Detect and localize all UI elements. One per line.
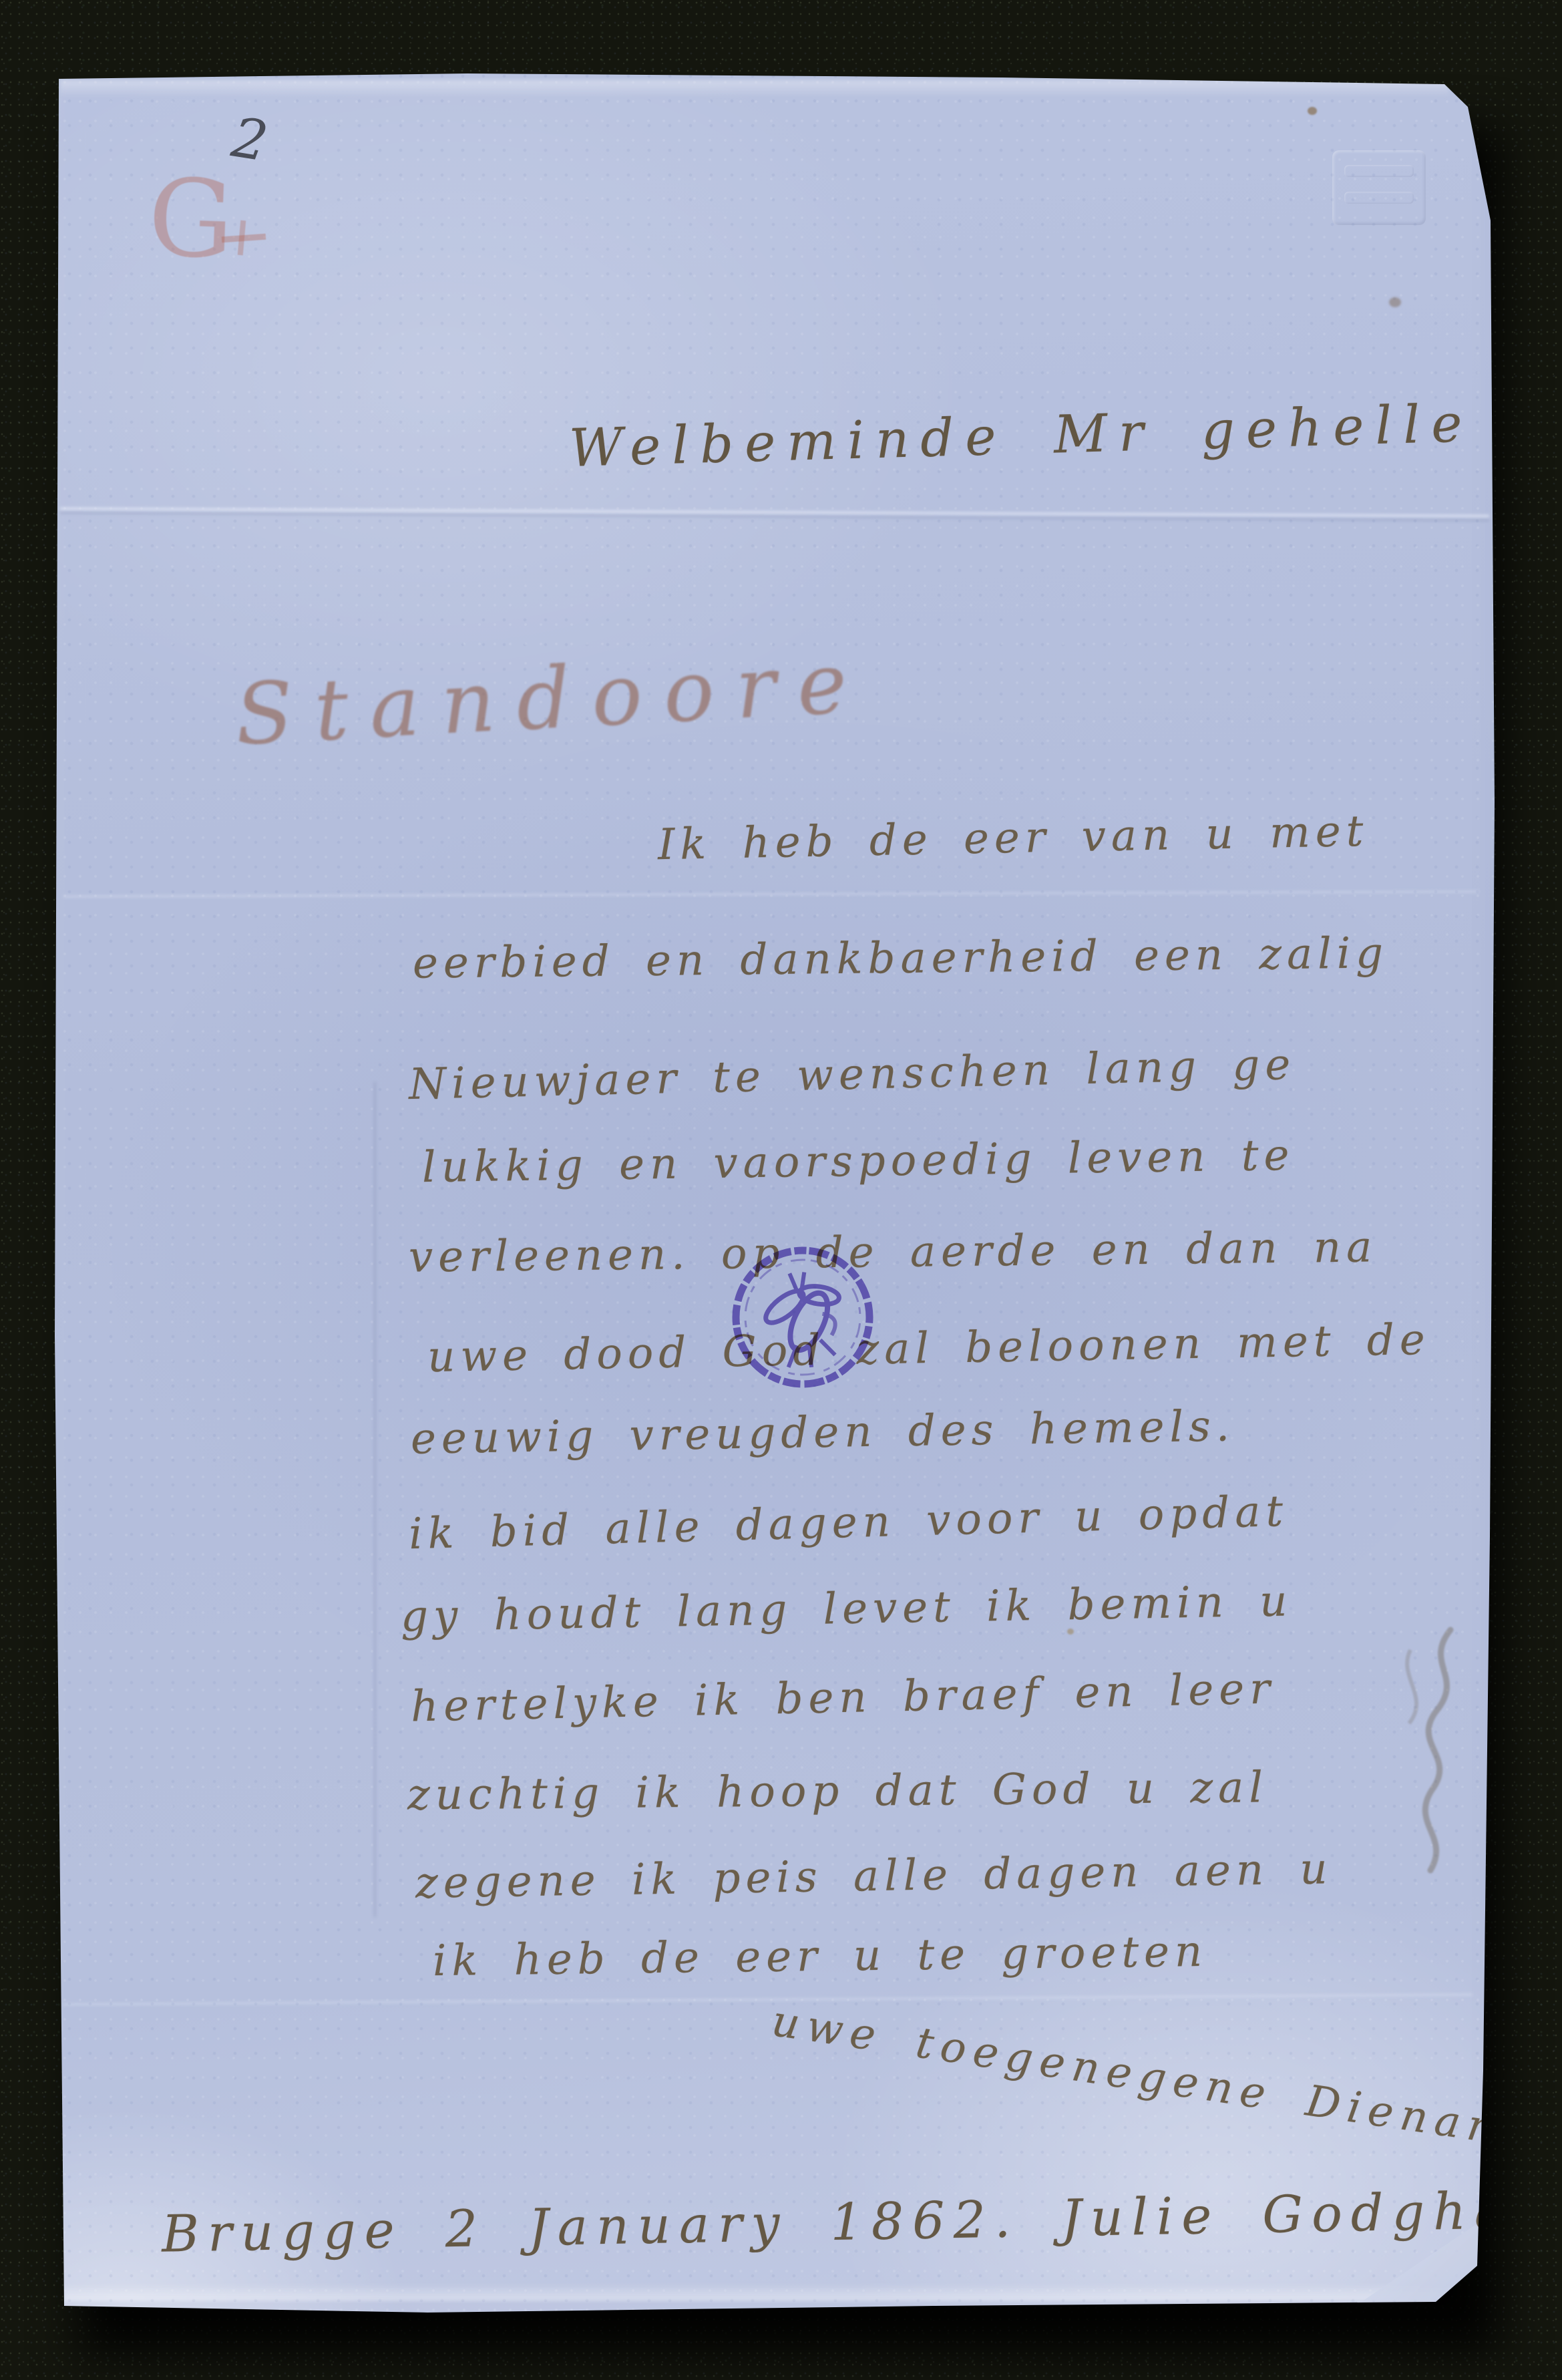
faint-red-note: Standoore xyxy=(233,633,871,763)
body-line: hertelyke ik ben braef en leer xyxy=(410,1664,1276,1731)
blind-stamp-detail xyxy=(1344,165,1414,177)
body-line: Nieuwjaer te wenschen lang ge xyxy=(408,1040,1296,1110)
horizontal-crease-shadow xyxy=(60,512,1489,521)
letter-salutation: Welbeminde Mr gehelle xyxy=(568,393,1475,479)
body-line: verleenen. op de aerde en dan na xyxy=(409,1222,1378,1282)
body-line: gy houdt lang levet ik bemin u xyxy=(400,1576,1293,1641)
closing-line: uwe toegenegene Dienaris xyxy=(769,1997,1549,2161)
body-line: Ik heb de eer van u met xyxy=(657,807,1369,870)
body-line: eeuwig vreugden des hemels. xyxy=(410,1401,1235,1464)
stamp-emblem-icon xyxy=(710,1224,896,1410)
bottom-edge-curl xyxy=(64,2283,1467,2301)
date-signature-line: Brugge 2 January 1862. Julie Godgha xyxy=(161,2180,1514,2263)
body-line: lukkig en vaorspoedig leven te xyxy=(422,1131,1295,1192)
body-line: ik heb de eer u te groeten xyxy=(433,1927,1208,1986)
paper-stain xyxy=(1308,107,1317,115)
body-line: ik bid alle dagen voor u opdat xyxy=(408,1487,1289,1559)
body-line: zuchtig ik hoop dat God u zal xyxy=(407,1763,1268,1820)
body-line: uwe dood God zal beloonen met de xyxy=(427,1315,1430,1382)
horizontal-crease xyxy=(63,1994,1473,2006)
vertical-crease xyxy=(374,1082,376,1917)
horizontal-crease xyxy=(63,890,1479,897)
letter-page: 2 G Welbeminde Mr gehelle Standoore Ik h… xyxy=(0,0,1562,2380)
body-line: zegene ik peis alle dagen aen u xyxy=(415,1844,1334,1908)
top-edge-curl xyxy=(60,80,1449,98)
collation-mark: G xyxy=(146,164,235,274)
round-ink-stamp xyxy=(710,1224,896,1410)
body-line: eerbied en dankbaerheid een zalig xyxy=(413,928,1389,988)
paper-stain xyxy=(1389,297,1401,307)
ink-offset-mark xyxy=(1370,1623,1484,1877)
embossed-blind-stamp xyxy=(1332,150,1426,225)
blind-stamp-detail xyxy=(1344,192,1414,204)
horizontal-crease xyxy=(60,507,1489,517)
